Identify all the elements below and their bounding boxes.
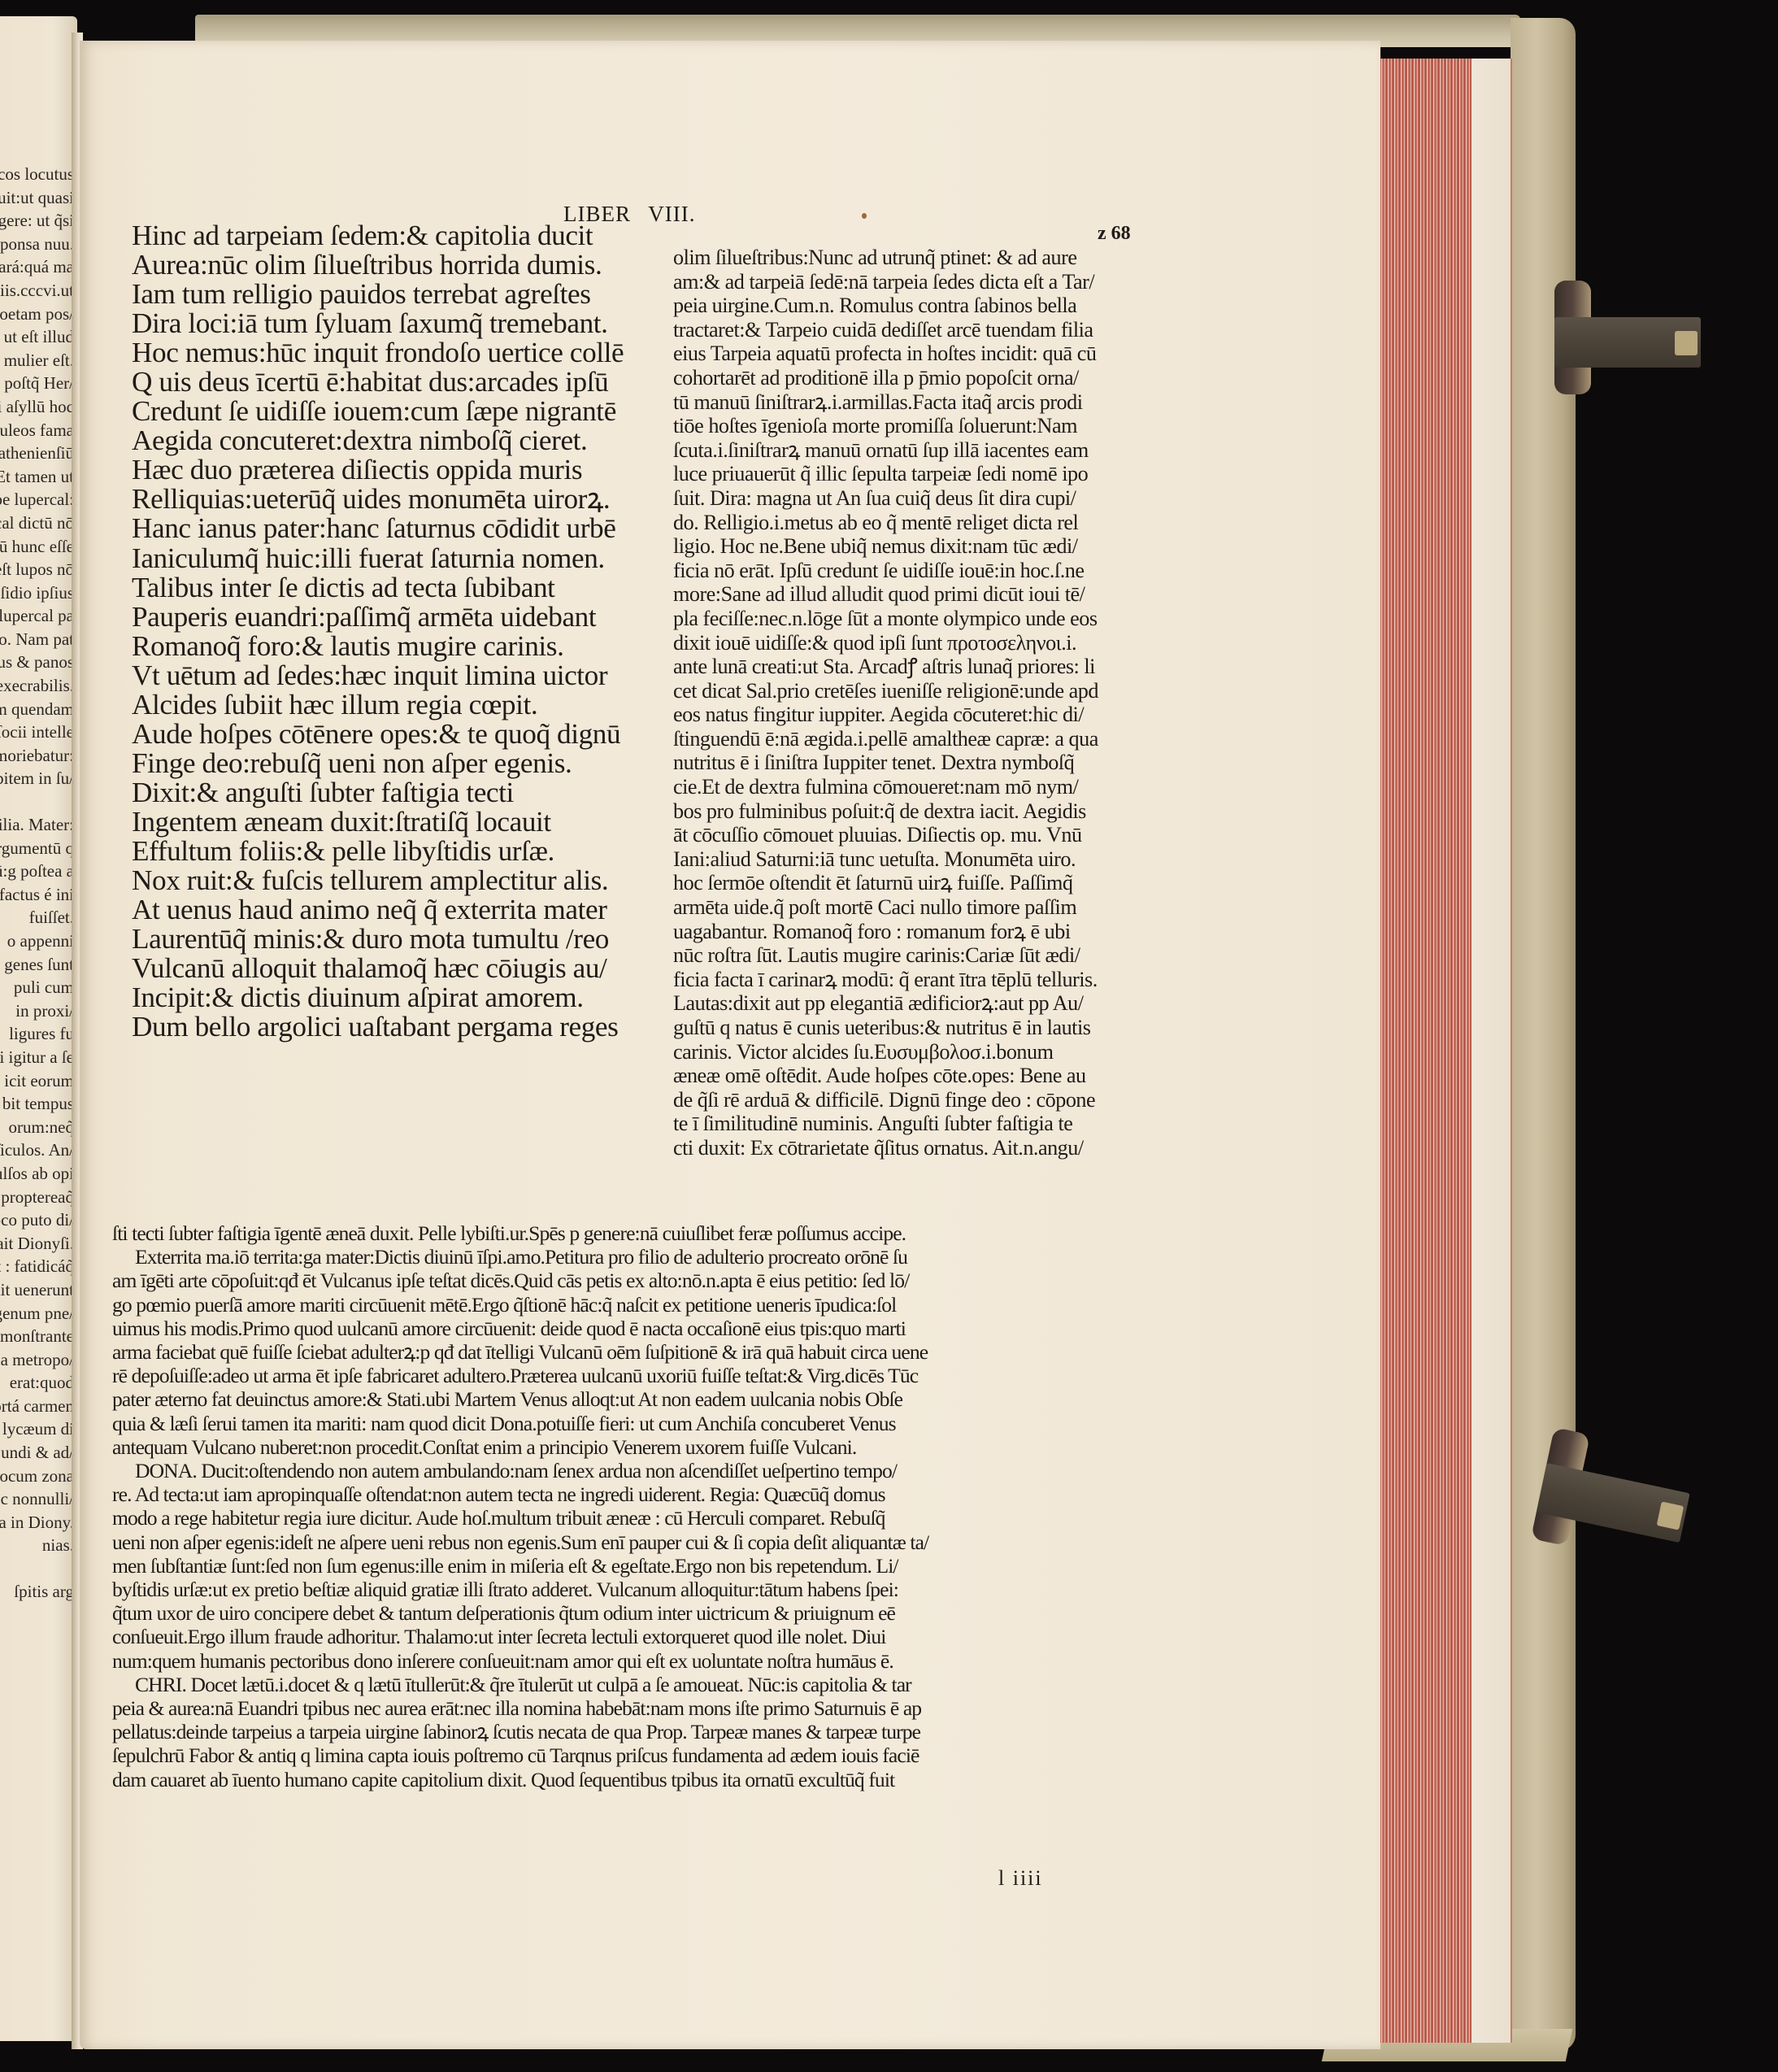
commentary-line: eos natus fingitur iuppiter. Aegida cōcu… bbox=[673, 703, 1210, 727]
verse-line: Credunt ſe uidiſſe iouem:cum ſæpe nigran… bbox=[132, 397, 701, 426]
left-page-line: orum:neq̃ bbox=[0, 1116, 74, 1139]
commentary-line: peia & aurea:nā Euandri tpibus nec aurea… bbox=[112, 1696, 1218, 1720]
left-page-line: proptereaq̃ bbox=[0, 1186, 74, 1209]
left-page-line: ucū hunc eſſe bbox=[0, 535, 74, 559]
commentary-line: ficia nō erāt. Ipſū credunt ſe uidiſſe i… bbox=[673, 559, 1210, 583]
commentary-full-width: ſti tecti ſubter faſtigia īgentē æneā du… bbox=[112, 1221, 1218, 1791]
left-page-line: bit tempus bbox=[0, 1092, 74, 1116]
left-page-line: x mulier eſt. bbox=[0, 349, 74, 372]
folio-mark: l iiii bbox=[998, 1866, 1043, 1891]
left-page-line: ortá carmen bbox=[0, 1395, 74, 1418]
left-page-line: athenienſiū bbox=[0, 442, 74, 465]
left-page-line: in proxi/ bbox=[0, 999, 74, 1023]
left-page-line: deſt lupos nō bbox=[0, 558, 74, 581]
left-page-line: x ará:quá ma bbox=[0, 255, 74, 279]
commentary-line: cie.Et de dextra fulmina cōmoueret:nam m… bbox=[673, 775, 1210, 799]
commentary-line: cti duxit: Ex cōtrarietate q̃ſitus ornat… bbox=[673, 1136, 1210, 1160]
left-page-line: icit eorum bbox=[0, 1069, 74, 1093]
commentary-line: rē depoſuiſſe:adeo ut arma ēt ipſe fabri… bbox=[112, 1364, 1218, 1387]
verse-line: Vt uētum ad ſedes:hæc inquit limina uict… bbox=[132, 661, 701, 690]
left-page-line: ſiculos. An/ bbox=[0, 1138, 74, 1162]
left-page-line: abiis.cccvi.ut bbox=[0, 279, 74, 303]
commentary-line: am īgēti arte cōpoſuit:qđ ēt Vulcanus ip… bbox=[112, 1269, 1218, 1292]
left-page-line: erat:quod bbox=[0, 1371, 74, 1395]
left-page-line: a metropo/ bbox=[0, 1348, 74, 1372]
commentary-line: ſtinguendū ē:nā ægida.i.pellē amaltheæ c… bbox=[673, 727, 1210, 751]
verse-line: Effultum foliis:& pelle libyſtidis urſæ. bbox=[132, 837, 701, 866]
commentary-line: de q̃ſi rē arduā & difficilē. Dignū fing… bbox=[673, 1088, 1210, 1112]
left-page-line: upe lupercal: bbox=[0, 488, 74, 511]
left-page-line: pcal dictū nō bbox=[0, 511, 74, 535]
left-page-line: um quendam bbox=[0, 698, 74, 721]
commentary-line: q̃tum uxor de uiro concipere debet & tan… bbox=[112, 1601, 1218, 1625]
left-page-line: ni aſyllū hoc bbox=[0, 395, 74, 419]
commentary-line: CHRI. Docet lætū.i.docet & q lætū ītulle… bbox=[112, 1673, 1218, 1696]
left-page-line: rculeos fama bbox=[0, 419, 74, 442]
left-page-line: icos locutus bbox=[0, 163, 74, 186]
commentary-line: men ſubſtantiæ ſunt:ſed non ſum egenus:i… bbox=[112, 1554, 1218, 1578]
commentary-line: quia & læſi ſerui tamen ita mariti: nam … bbox=[112, 1412, 1218, 1435]
verse-line: Aegida concuteret:dextra nimboſq̃ cieret… bbox=[132, 426, 701, 455]
commentary-line: tractaret:& Tarpeio cuidā dediſſet arcē … bbox=[673, 318, 1210, 342]
left-page-line bbox=[0, 790, 74, 813]
verse-line: Incipit:& dictis diuinum aſpirat amorem. bbox=[132, 983, 701, 1012]
commentary-line: ſcuta.i.ſiniſtrarꝝ manuū ornatū ſup illā… bbox=[673, 438, 1210, 463]
left-page-line: nias. bbox=[0, 1534, 74, 1557]
commentary-line: ante lunā creati:ut Sta. Arcadꝭ aſtris l… bbox=[673, 655, 1210, 679]
verse-line: Talibus inter ſe dictis ad tecta ſubiban… bbox=[132, 573, 701, 603]
left-page-line: o appenni bbox=[0, 929, 74, 953]
commentary-line: nūc roſtra ſūt. Lautis mugire carinis:Ca… bbox=[673, 943, 1210, 968]
left-page-line: Et tamen ut bbox=[0, 465, 74, 489]
verse-line: Dira loci:iā tum ſyluam ſaxumq̃ tremeban… bbox=[132, 309, 701, 338]
left-page-line: oco puto di/ bbox=[0, 1208, 74, 1232]
page-text-area: LIBER VIII. z 68 Hinc ad tarpeiam ſedem:… bbox=[80, 41, 1380, 2049]
right-page: LIBER VIII. z 68 Hinc ad tarpeiam ſedem:… bbox=[80, 41, 1380, 2049]
verse-line: Aurea:nūc olim ſilueſtribus horrida dumi… bbox=[132, 250, 701, 280]
left-page-line: egere: ut q̃si bbox=[0, 209, 74, 233]
commentary-line: guſtū q natus ē cunis ueteribus:& nutrit… bbox=[673, 1016, 1210, 1040]
verse-line: Dixit:& anguſti ſubter faſtigia tecti bbox=[132, 778, 701, 807]
left-page-line: reſidio ipſius bbox=[0, 581, 74, 605]
left-page-line: puli cum bbox=[0, 976, 74, 999]
commentary-line: cet dicat Sal.prio cretēſes iueniſſe rel… bbox=[673, 679, 1210, 703]
left-page-line: oſpitem in ſu/ bbox=[0, 767, 74, 790]
commentary-line: tū manuū ſiniſtrarꝝ.i.armillas.Facta ita… bbox=[673, 390, 1210, 415]
left-page-line: ſpitis arg bbox=[0, 1580, 74, 1604]
commentary-line: ſti tecti ſubter faſtigia īgentē æneā du… bbox=[112, 1221, 1218, 1245]
verse-line: Iam tum relligio pauidos terrebat agreſt… bbox=[132, 280, 701, 309]
left-page-line: fuiſſet. bbox=[0, 906, 74, 929]
commentary-line: hoc ſermōe oſtendit ēt ſaturnū uirꝝ fuiſ… bbox=[673, 871, 1210, 895]
verse-line: Hanc ianus pater:hanc ſaturnus cōdidit u… bbox=[132, 514, 701, 543]
commentary-line: Iani:aliud Saturni:iā tunc uetuſta. Monu… bbox=[673, 847, 1210, 872]
verse-line: Ingentem æneam duxit:ſtratiſq̃ locauit bbox=[132, 807, 701, 837]
commentary-line: dixit iouē uidiſſe:& quod ipſi ſunt προτ… bbox=[673, 631, 1210, 655]
commentary-line: ſepulchrū Fabor & antiq q limina capta i… bbox=[112, 1743, 1218, 1767]
left-page-line: te ſocii intelle bbox=[0, 720, 74, 744]
left-page-line: it : fatidicáq̃ bbox=[0, 1255, 74, 1278]
verse-line: Nox ruit:& fuſcis tellurem amplectitur a… bbox=[132, 866, 701, 895]
commentary-line: conſueuit.Ergo illum fraude adhoritur. T… bbox=[112, 1625, 1218, 1648]
left-page-line: ligures fu bbox=[0, 1022, 74, 1046]
verse-line: Hinc ad tarpeiam ſedem:& capitolia ducit bbox=[132, 221, 701, 250]
commentary-line: luce priuauerūt q̃ illic ſepulta tarpeiæ… bbox=[673, 462, 1210, 486]
commentary-line: nutritus ē i ſiniſtra Iuppiter tenet. De… bbox=[673, 751, 1210, 775]
commentary-line: DONA. Ducit:oſtendendo non autem ambulan… bbox=[112, 1459, 1218, 1482]
commentary-line: go pœmio puerſā amore mariti circūuenit … bbox=[112, 1293, 1218, 1317]
verse-line: Pauperis euandri:paſſimq̃ armēta uideban… bbox=[132, 603, 701, 632]
commentary-line: tiōe hoſtes īgenioſa morte promiſſa ſolu… bbox=[673, 414, 1210, 438]
left-page-line: xit uenerunt bbox=[0, 1278, 74, 1302]
verse-line: Hoc nemus:hūc inquit frondoſo uertice co… bbox=[132, 338, 701, 368]
left-page-line: lico. Nam pat bbox=[0, 628, 74, 651]
commentary-line: do. Relligio.i.metus ab eo q̃ mentē reli… bbox=[673, 511, 1210, 535]
commentary-line: te ī ſimilitudinē numinis. Anguſti ſubte… bbox=[673, 1112, 1210, 1136]
red-fore-edge bbox=[1374, 59, 1473, 2043]
left-page-line: ecus & panos bbox=[0, 651, 74, 674]
left-page-line: e factus é ini bbox=[0, 883, 74, 907]
signature-mark: z 68 bbox=[1098, 223, 1131, 245]
commentary-line: æneæ omē oſtēdit. Aude hoſpes cōte.opes:… bbox=[673, 1064, 1210, 1088]
foxing-spot bbox=[862, 213, 867, 219]
commentary-line: bos pro fulminibus poſuit:q̃ de dextra i… bbox=[673, 799, 1210, 824]
left-page-line: genes ſunt bbox=[0, 953, 74, 977]
commentary-line: am:& ad tarpeiā ſedē:nā tarpeia ſedes di… bbox=[673, 270, 1210, 294]
commentary-line: uagabantur. Romanoq̃ foro : romanum forꝝ… bbox=[673, 920, 1210, 944]
left-page-line: genum pne/ bbox=[0, 1302, 74, 1325]
verse-line: Relliquias:ueterūq̃ uides monumēta uiror… bbox=[132, 485, 701, 514]
left-page-line bbox=[0, 1557, 74, 1580]
commentary-line: cohortarēt ad proditionē illa p p̄mio po… bbox=[673, 366, 1210, 390]
left-page-text: icos locutuscuit:ut quasiegere: ut q̃sie… bbox=[0, 163, 74, 1604]
verse-line: Hæc duo præterea diſiectis oppida muris bbox=[132, 455, 701, 485]
verse-line: Q uis deus īcertū ē:habitat dus:arcades … bbox=[132, 368, 701, 397]
left-page-line: ſt ut eſt illud bbox=[0, 325, 74, 349]
left-page-line: rat lupercal pa bbox=[0, 604, 74, 628]
commentary-line: re. Ad tecta:ut iam apropinquaſſe oſtend… bbox=[112, 1482, 1218, 1506]
commentary-line: modo a rege habitetur regia iure dicitur… bbox=[112, 1506, 1218, 1530]
left-page: icos locutuscuit:ut quasiegere: ut q̃sie… bbox=[0, 16, 77, 2041]
left-page-line: ulſos ab opi bbox=[0, 1162, 74, 1186]
commentary-line: ficia facta ī carinarꝝ modū: q̃ erant īt… bbox=[673, 968, 1210, 992]
commentary-line: more:Sane ad illud alludit quod primi di… bbox=[673, 582, 1210, 607]
verse-line: Dum bello argolici uaſtabant pergama reg… bbox=[132, 1012, 701, 1042]
commentary-line: carinis. Victor alcides ſu.Ευσυμβολοσ.i.… bbox=[673, 1040, 1210, 1064]
left-page-line: lycæum di bbox=[0, 1417, 74, 1441]
verse-line: Romanoq̃ foro:& lautis mugire carinis. bbox=[132, 632, 701, 661]
verse-line: Ianiculumq̃ huic:illi fuerat ſaturnia no… bbox=[132, 544, 701, 573]
verse-line: Laurentūq̃ minis:& duro mota tumultu /re… bbox=[132, 925, 701, 954]
left-page-line: moriebatur: bbox=[0, 744, 74, 768]
commentary-line: Lautas:dixit aut pp elegantiā ædificiorꝝ… bbox=[673, 991, 1210, 1016]
left-page-line: bilia. Mater: bbox=[0, 813, 74, 837]
commentary-line: ſuit. Dira: magna ut An ſua cuiq̃ deus ſ… bbox=[673, 486, 1210, 511]
verse-line: Alcides ſubiit hæc illum regia cœpit. bbox=[132, 690, 701, 720]
left-page-line: i igitur a ſe bbox=[0, 1046, 74, 1069]
commentary-line: armēta uide.q̃ poſt mortē Caci nullo tim… bbox=[673, 895, 1210, 920]
left-page-line: undi & ad/ bbox=[0, 1441, 74, 1465]
commentary-line: num:quem humanis pectoribus dono inſerer… bbox=[112, 1649, 1218, 1673]
commentary-line: ueni non aſper egenis:ideſt ne aſpere ue… bbox=[112, 1530, 1218, 1554]
left-page-line: ocum zona bbox=[0, 1465, 74, 1488]
commentary-line: peia uirgine.Cum.n. Romulus contra ſabin… bbox=[673, 294, 1210, 318]
commentary-line: dam cauaret ab īuento humano capite capi… bbox=[112, 1768, 1218, 1791]
left-page-line: e sponsa nuu. bbox=[0, 233, 74, 256]
commentary-line: eius Tarpeia aquatū profecta in hoſtes i… bbox=[673, 342, 1210, 366]
clasp-tip bbox=[1675, 331, 1698, 355]
verse-line: Finge deo:rebuſq̃ ueni non aſper egenis. bbox=[132, 749, 701, 778]
commentary-line: byſtidis urſæ:ut ex pretio beſtiæ aliqui… bbox=[112, 1578, 1218, 1601]
commentary-line: olim ſilueſtribus:Nunc ad utrunq̃ ptinet… bbox=[673, 246, 1210, 270]
left-page-line: rgumentū q bbox=[0, 837, 74, 860]
commentary-line: pellatus:deinde tarpeius a tarpeia uirgi… bbox=[112, 1720, 1218, 1743]
left-page-line: a in Diony. bbox=[0, 1511, 74, 1534]
commentary-line: arma faciebat quē fuiſſe ſciebat adulter… bbox=[112, 1340, 1218, 1364]
verse-line: At uenus haud animo neq̃ q̃ exterrita ma… bbox=[132, 895, 701, 925]
verse-line: Aude hoſpes cōtēnere opes:& te quoq̃ dig… bbox=[132, 720, 701, 749]
left-page-line: c nonnulli/ bbox=[0, 1487, 74, 1511]
verse-line: Vulcanū alloquit thalamoq̃ hæc cōiugis a… bbox=[132, 954, 701, 983]
verse-text: Hinc ad tarpeiam ſedem:& capitolia ducit… bbox=[132, 221, 701, 1042]
left-page-line: ri:execrabilis. bbox=[0, 674, 74, 698]
commentary-line: pater æterno fat deuinctus amore:& Stati… bbox=[112, 1387, 1218, 1411]
commentary-line: ligio. Hoc ne.Bene ubiq̃ nemus dixit:nam… bbox=[673, 534, 1210, 559]
commentary-column: olim ſilueſtribus:Nunc ad utrunq̃ ptinet… bbox=[673, 246, 1210, 1160]
left-page-line: cū:g poſtea a bbox=[0, 860, 74, 883]
left-page-line: poetam pos/ bbox=[0, 303, 74, 326]
left-page-line: ait Dionyſi. bbox=[0, 1232, 74, 1256]
commentary-line: Exterrita ma.iō territa:ga mater:Dictis … bbox=[112, 1245, 1218, 1269]
commentary-line: pla feciſſe:nec.n.lōge ſūt a monte olymp… bbox=[673, 607, 1210, 631]
left-page-line: t: poſtq̃ Her/ bbox=[0, 372, 74, 395]
commentary-line: uimus his modis.Primo quod uulcanū amore… bbox=[112, 1317, 1218, 1340]
left-page-line: cuit:ut quasi bbox=[0, 186, 74, 210]
left-page-line: emonſtrante bbox=[0, 1325, 74, 1348]
page-fore-edge bbox=[1472, 59, 1512, 2043]
commentary-line: antequam Vulcano nuberet:non procedit.Co… bbox=[112, 1435, 1218, 1459]
commentary-line: āt cōcuſſio cōmouet pluuias. Diſiectis o… bbox=[673, 823, 1210, 847]
